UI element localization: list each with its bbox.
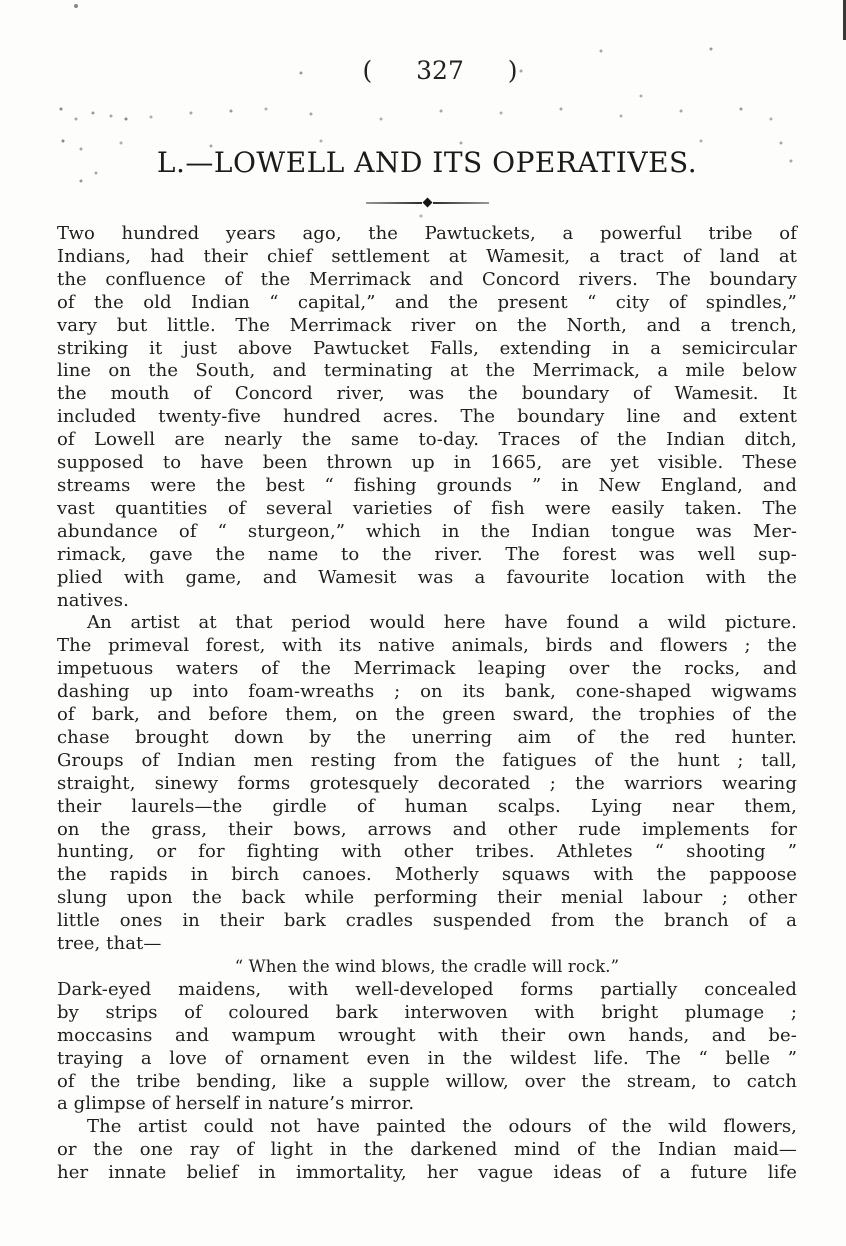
divider-line-right (433, 202, 489, 204)
text-line: vary but little. The Merrimack river on … (57, 315, 797, 338)
text-line: An artist at that period would here have… (57, 612, 797, 635)
paragraph-2: An artist at that period would here have… (57, 612, 797, 956)
text-line: her innate belief in immortality, her va… (57, 1162, 797, 1185)
text-line: rimack, gave the name to the river. The … (57, 544, 797, 567)
text-line: Groups of Indian men resting from the fa… (57, 750, 797, 773)
text-line: by strips of coloured bark interwoven wi… (57, 1002, 797, 1025)
text-line: plied with game, and Wamesit was a favou… (57, 567, 797, 590)
book-page: ( 327 ) L.—LOWELL AND ITS OPERATIVES. Tw… (0, 0, 846, 1246)
page-number: ( 327 ) (57, 56, 797, 85)
text-line: a glimpse of herself in nature’s mirror. (57, 1093, 797, 1116)
text-line: line on the South, and terminating at th… (57, 360, 797, 383)
text-line: included twenty-five hundred acres. The … (57, 406, 797, 429)
verse-quote: “ When the wind blows, the cradle will r… (57, 956, 797, 979)
text-line: the mouth of Concord river, was the boun… (57, 383, 797, 406)
paragraph-3: The artist could not have painted the od… (57, 1116, 797, 1185)
text-line: of bark, and before them, on the green s… (57, 704, 797, 727)
divider-diamond-icon (422, 198, 432, 208)
text-line: supposed to have been thrown up in 1665,… (57, 452, 797, 475)
text-line: natives. (57, 590, 797, 613)
text-line: striking it just above Pawtucket Falls, … (57, 338, 797, 361)
section-divider (57, 199, 797, 206)
text-line: or the one ray of light in the darkened … (57, 1139, 797, 1162)
text-line: slung upon the back while performing the… (57, 887, 797, 910)
text-line: on the grass, their bows, arrows and oth… (57, 819, 797, 842)
text-line: of the old Indian “ capital,” and the pr… (57, 292, 797, 315)
text-line: Indians, had their chief settlement at W… (57, 246, 797, 269)
text-line: of the tribe bending, like a supple will… (57, 1071, 797, 1094)
text-line: chase brought down by the unerring aim o… (57, 727, 797, 750)
body-text: Two hundred years ago, the Pawtuckets, a… (57, 223, 797, 1185)
text-line: dashing up into foam-wreaths ; on its ba… (57, 681, 797, 704)
paragraph-2-continued: Dark-eyed maidens, with well-developed f… (57, 979, 797, 1116)
text-line: impetuous waters of the Merrimack leapin… (57, 658, 797, 681)
text-line: tree, that— (57, 933, 797, 956)
text-line: traying a love of ornament even in the w… (57, 1048, 797, 1071)
text-line: abundance of “ sturgeon,” which in the I… (57, 521, 797, 544)
divider-line-left (366, 202, 422, 204)
text-line: Dark-eyed maidens, with well-developed f… (57, 979, 797, 1002)
chapter-title: L.—LOWELL AND ITS OPERATIVES. (57, 146, 797, 179)
paragraph-1: Two hundred years ago, the Pawtuckets, a… (57, 223, 797, 612)
text-line: their laurels—the girdle of human scalps… (57, 796, 797, 819)
text-line: of Lowell are nearly the same to-day. Tr… (57, 429, 797, 452)
text-line: straight, sinewy forms grotesquely decor… (57, 773, 797, 796)
text-line: moccasins and wampum wrought with their … (57, 1025, 797, 1048)
text-line: streams were the best “ fishing grounds … (57, 475, 797, 498)
text-line: The primeval forest, with its native ani… (57, 635, 797, 658)
text-line: vast quantities of several varieties of … (57, 498, 797, 521)
text-line: hunting, or for fighting with other trib… (57, 841, 797, 864)
text-line: the confluence of the Merrimack and Conc… (57, 269, 797, 292)
text-line: Two hundred years ago, the Pawtuckets, a… (57, 223, 797, 246)
text-line: the rapids in birch canoes. Motherly squ… (57, 864, 797, 887)
text-line: The artist could not have painted the od… (57, 1116, 797, 1139)
scan-noise (0, 0, 2, 2)
text-line: little ones in their bark cradles suspen… (57, 910, 797, 933)
